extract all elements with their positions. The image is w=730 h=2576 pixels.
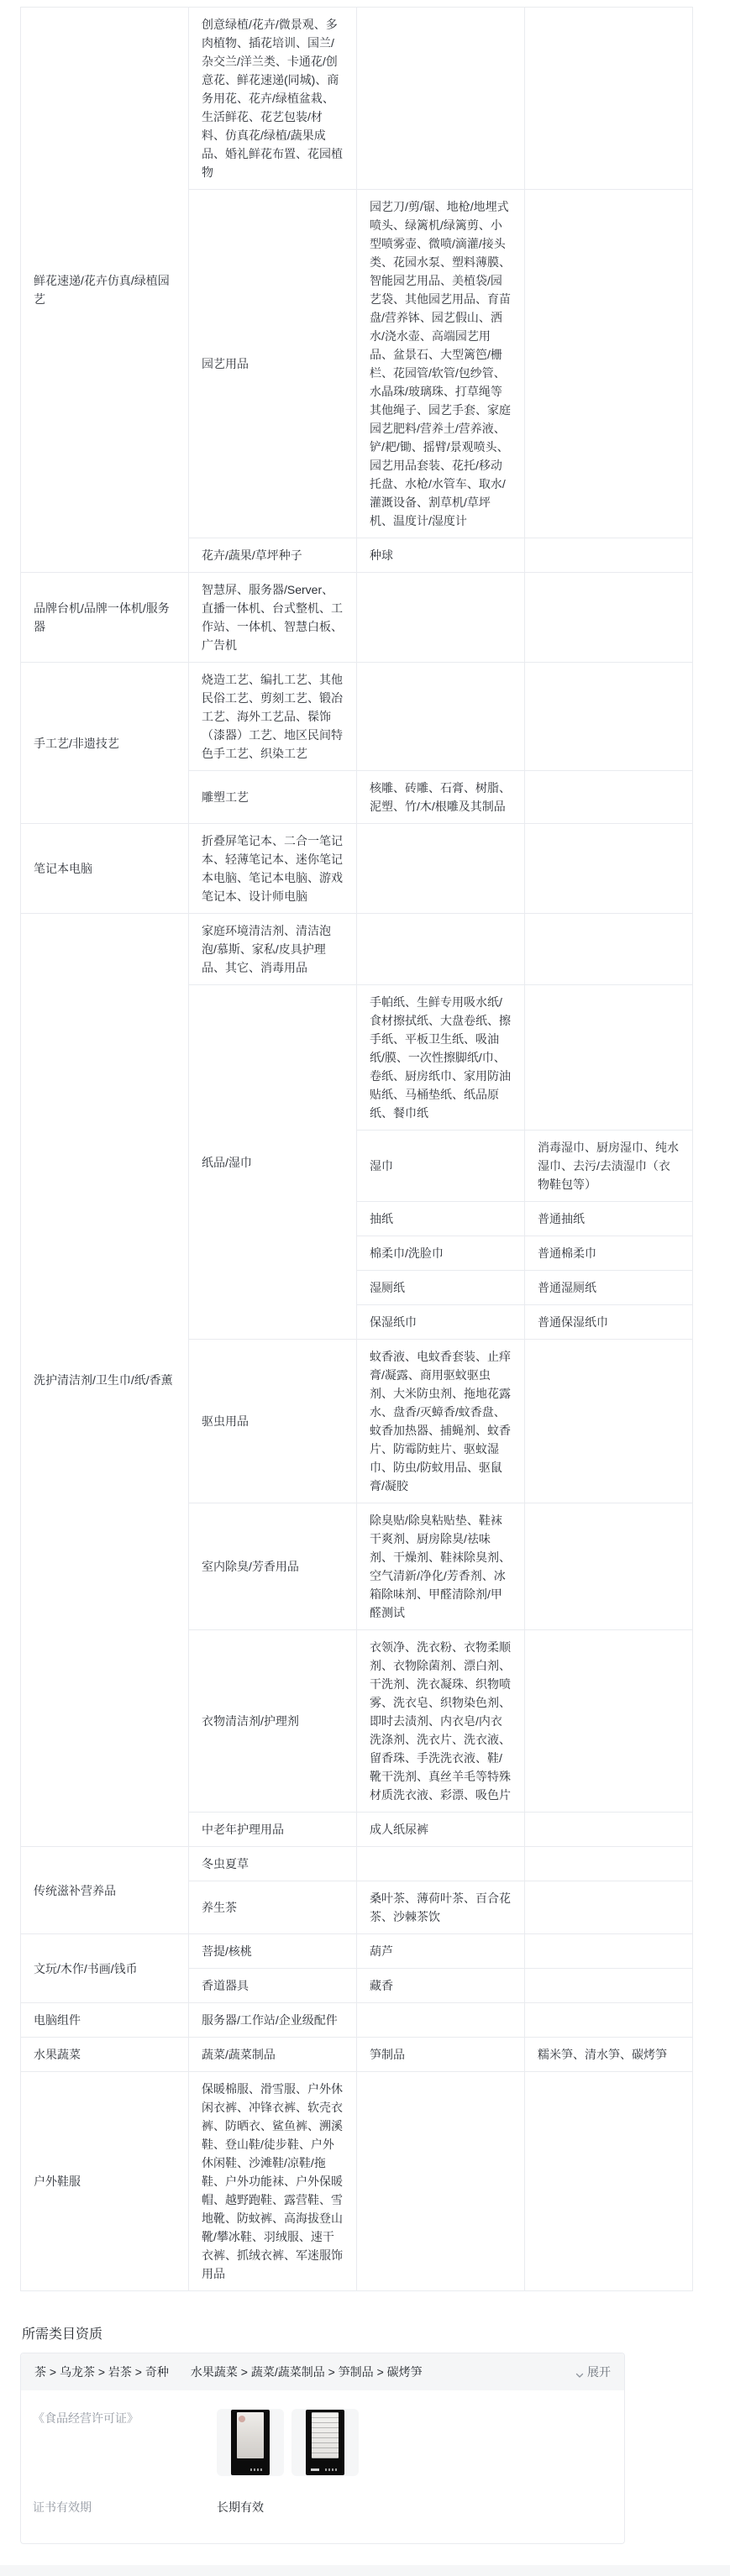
expand-label: 展开 [587,2363,611,2381]
category-level4-cell [525,985,693,1131]
category-level3-cell: 手帕纸、生鲜专用吸水纸/食材擦拭纸、大盘卷纸、擦手纸、平板卫生纸、吸油纸/膜、一… [357,985,525,1131]
category-level1-cell: 电脑组件 [21,2003,189,2038]
category-level4-cell [525,1881,693,1934]
category-level1-cell: 文玩/木作/书画/钱币 [21,1934,189,2003]
category-level2-cell: 烧造工艺、编扎工艺、其他民俗工艺、剪刻工艺、锻冶工艺、海外工艺品、髹饰（漆器）工… [189,663,357,771]
category-level2-cell: 蔬菜/蔬菜制品 [189,2038,357,2072]
category-level3-cell: 核雕、砖雕、石膏、树脂、泥塑、竹/木/根雕及其制品 [357,771,525,824]
category-level4-cell: 普通湿厕纸 [525,1271,693,1305]
category-level2-cell: 养生茶 [189,1881,357,1934]
category-level4-cell [525,914,693,985]
category-level2-cell: 纸品/湿巾 [189,985,357,1340]
category-level3-cell: 葫芦 [357,1934,525,1969]
category-level4-cell [525,190,693,538]
category-level3-cell [357,1847,525,1881]
category-level4-cell [525,1934,693,1969]
validity-label: 证书有效期 [33,2498,217,2516]
category-level3-cell [357,2072,525,2291]
category-level1-cell: 品牌台机/品牌一体机/服务器 [21,573,189,663]
page: 鲜花速递/花卉仿真/绿植园艺 创意绿植/花卉/微景观、多肉植物、插花培训、国兰/… [0,7,730,2576]
category-level4-cell [525,8,693,190]
category-level4-cell [525,1630,693,1813]
category-level3-cell: 除臭贴/除臭粘贴垫、鞋袜干爽剂、厨房除臭/祛味剂、干燥剂、鞋袜除臭剂、空气清新/… [357,1503,525,1630]
section-title: 所需类目资质 [22,2326,730,2344]
category-level2-cell: 室内除臭/芳香用品 [189,1503,357,1630]
category-qualification-table: 鲜花速递/花卉仿真/绿植园艺 创意绿植/花卉/微景观、多肉植物、插花培训、国兰/… [20,7,693,2291]
category-level4-cell: 消毒湿巾、厨房湿巾、纯水湿巾、去污/去渍湿巾（衣物鞋包等） [525,1131,693,1202]
category-level3-cell: 桑叶茶、薄荷叶茶、百合花茶、沙棘茶饮 [357,1881,525,1934]
category-level1-cell: 传统滋补营养品 [21,1847,189,1934]
category-level3-cell: 保湿纸巾 [357,1305,525,1340]
category-level3-cell: 棉柔巾/洗脸巾 [357,1236,525,1271]
category-level1-cell: 水果蔬菜 [21,2038,189,2072]
category-level4-cell [525,1847,693,1881]
category-level2-cell: 菩提/核桃 [189,1934,357,1969]
category-level2-cell: 创意绿植/花卉/微景观、多肉植物、插花培训、国兰/杂交兰/洋兰类、卡通花/创意花… [189,8,357,190]
category-level2-cell: 折叠屏笔记本、二合一笔记本、轻薄笔记本、迷你笔记本电脑、笔记本电脑、游戏笔记本、… [189,824,357,914]
category-level4-cell [525,663,693,771]
category-level4-cell [525,538,693,573]
table-row: 手工艺/非遗技艺 烧造工艺、编扎工艺、其他民俗工艺、剪刻工艺、锻冶工艺、海外工艺… [21,663,693,771]
category-level4-cell [525,2003,693,2038]
certificate-photo-icon [306,2410,344,2475]
license-row: 《食品经营许可证》 [21,2390,624,2476]
category-level2-cell: 园艺用品 [189,190,357,538]
category-level3-cell: 湿巾 [357,1131,525,1202]
breadcrumb-path-vegetable: 水果蔬菜 > 蔬菜/蔬菜制品 > 笋制品 > 碳烤笋 [191,2365,423,2379]
category-level2-cell: 冬虫夏草 [189,1847,357,1881]
category-level2-cell: 香道器具 [189,1969,357,2003]
category-level4-cell: 普通抽纸 [525,1202,693,1236]
table-row: 文玩/木作/书画/钱币 菩提/核桃 葫芦 [21,1934,693,1969]
table-row: 品牌台机/品牌一体机/服务器 智慧屏、服务器/Server、直播一体机、台式整机… [21,573,693,663]
category-level3-cell [357,2003,525,2038]
table-row: 电脑组件 服务器/工作站/企业级配件 [21,2003,693,2038]
category-level3-cell: 成人纸尿裤 [357,1813,525,1847]
category-level4-cell: 糯米笋、清水笋、碳烤笋 [525,2038,693,2072]
category-level2-cell: 智慧屏、服务器/Server、直播一体机、台式整机、工作站、一体机、智慧白板、广… [189,573,357,663]
category-level4-cell [525,1813,693,1847]
category-level4-cell [525,1969,693,2003]
category-level3-cell: 蚊香液、电蚊香套装、止痒膏/凝露、商用驱蚊驱虫剂、大米防虫剂、拖地花露水、盘香/… [357,1340,525,1503]
category-level1-cell: 户外鞋服 [21,2072,189,2291]
category-level2-cell: 服务器/工作站/企业级配件 [189,2003,357,2038]
qualification-card-header: 茶 > 乌龙茶 > 岩茶 > 奇种水果蔬菜 > 蔬菜/蔬菜制品 > 笋制品 > … [21,2353,624,2390]
category-level1-cell: 鲜花速递/花卉仿真/绿植园艺 [21,8,189,573]
certificate-thumbnail-1[interactable] [217,2409,284,2476]
category-level2-cell: 衣物清洁剂/护理剂 [189,1630,357,1813]
category-level3-cell [357,914,525,985]
category-level4-cell [525,771,693,824]
qualification-card: 茶 > 乌龙茶 > 岩茶 > 奇种水果蔬菜 > 蔬菜/蔬菜制品 > 笋制品 > … [20,2353,625,2544]
table-row: 传统滋补营养品 冬虫夏草 [21,1847,693,1881]
breadcrumb-path-tea: 茶 > 乌龙茶 > 岩茶 > 奇种 [34,2365,169,2379]
category-level3-cell: 衣领净、洗衣粉、衣物柔顺剂、衣物除菌剂、漂白剂、干洗剂、洗衣凝珠、织物喷雾、洗衣… [357,1630,525,1813]
category-level1-cell: 洗护清洁剂/卫生巾/纸/香薰 [21,914,189,1847]
page-footer-band [0,2565,730,2576]
category-level2-cell: 保暖棉服、滑雪服、户外休闲衣裤、冲锋衣裤、软壳衣裤、防晒衣、鲨鱼裤、溯溪鞋、登山… [189,2072,357,2291]
category-level4-cell [525,824,693,914]
category-level1-cell: 笔记本电脑 [21,824,189,914]
category-level3-cell: 种球 [357,538,525,573]
category-level2-cell: 雕塑工艺 [189,771,357,824]
category-level3-cell: 湿厕纸 [357,1271,525,1305]
category-level3-cell [357,573,525,663]
category-level2-cell: 驱虫用品 [189,1340,357,1503]
category-level3-cell: 藏香 [357,1969,525,2003]
category-level4-cell [525,1340,693,1503]
category-level3-cell [357,8,525,190]
category-level4-cell: 普通棉柔巾 [525,1236,693,1271]
category-level4-cell: 普通保湿纸巾 [525,1305,693,1340]
category-level3-cell [357,824,525,914]
category-level2-cell: 中老年护理用品 [189,1813,357,1847]
certificate-thumbnail-2[interactable] [291,2409,359,2476]
table-row: 鲜花速递/花卉仿真/绿植园艺 创意绿植/花卉/微景观、多肉植物、插花培训、国兰/… [21,8,693,190]
category-level4-cell [525,573,693,663]
validity-row: 证书有效期 长期有效 [21,2476,624,2543]
category-level2-cell: 花卉/蔬果/草坪种子 [189,538,357,573]
table-row: 笔记本电脑 折叠屏笔记本、二合一笔记本、轻薄笔记本、迷你笔记本电脑、笔记本电脑、… [21,824,693,914]
category-level3-cell: 园艺刀/剪/锯、地枪/地埋式喷头、绿篱机/绿篱剪、小型喷雾壶、微喷/滴灌/接头类… [357,190,525,538]
validity-value: 长期有效 [217,2498,264,2516]
breadcrumb: 茶 > 乌龙茶 > 岩茶 > 奇种水果蔬菜 > 蔬菜/蔬菜制品 > 笋制品 > … [34,2363,423,2381]
table-row: 水果蔬菜 蔬菜/蔬菜制品 笋制品 糯米笋、清水笋、碳烤笋 [21,2038,693,2072]
license-name-label: 《食品经营许可证》 [33,2409,217,2476]
category-level4-cell [525,1503,693,1630]
category-level1-cell: 手工艺/非遗技艺 [21,663,189,824]
category-level3-cell: 笋制品 [357,2038,525,2072]
category-level2-cell: 家庭环境清洁剂、清洁泡泡/慕斯、家私/皮具护理品、其它、消毒用品 [189,914,357,985]
table-row: 户外鞋服 保暖棉服、滑雪服、户外休闲衣裤、冲锋衣裤、软壳衣裤、防晒衣、鲨鱼裤、溯… [21,2072,693,2291]
license-images [217,2409,359,2476]
category-level3-cell [357,663,525,771]
category-level3-cell: 抽纸 [357,1202,525,1236]
table-row: 洗护清洁剂/卫生巾/纸/香薰 家庭环境清洁剂、清洁泡泡/慕斯、家私/皮具护理品、… [21,914,693,985]
expand-toggle[interactable]: 展开 [575,2363,611,2381]
chevron-down-icon [575,2367,585,2377]
category-level4-cell [525,2072,693,2291]
certificate-photo-icon [231,2410,270,2475]
required-qualifications-section: 所需类目资质 茶 > 乌龙茶 > 岩茶 > 奇种水果蔬菜 > 蔬菜/蔬菜制品 >… [0,2326,730,2544]
